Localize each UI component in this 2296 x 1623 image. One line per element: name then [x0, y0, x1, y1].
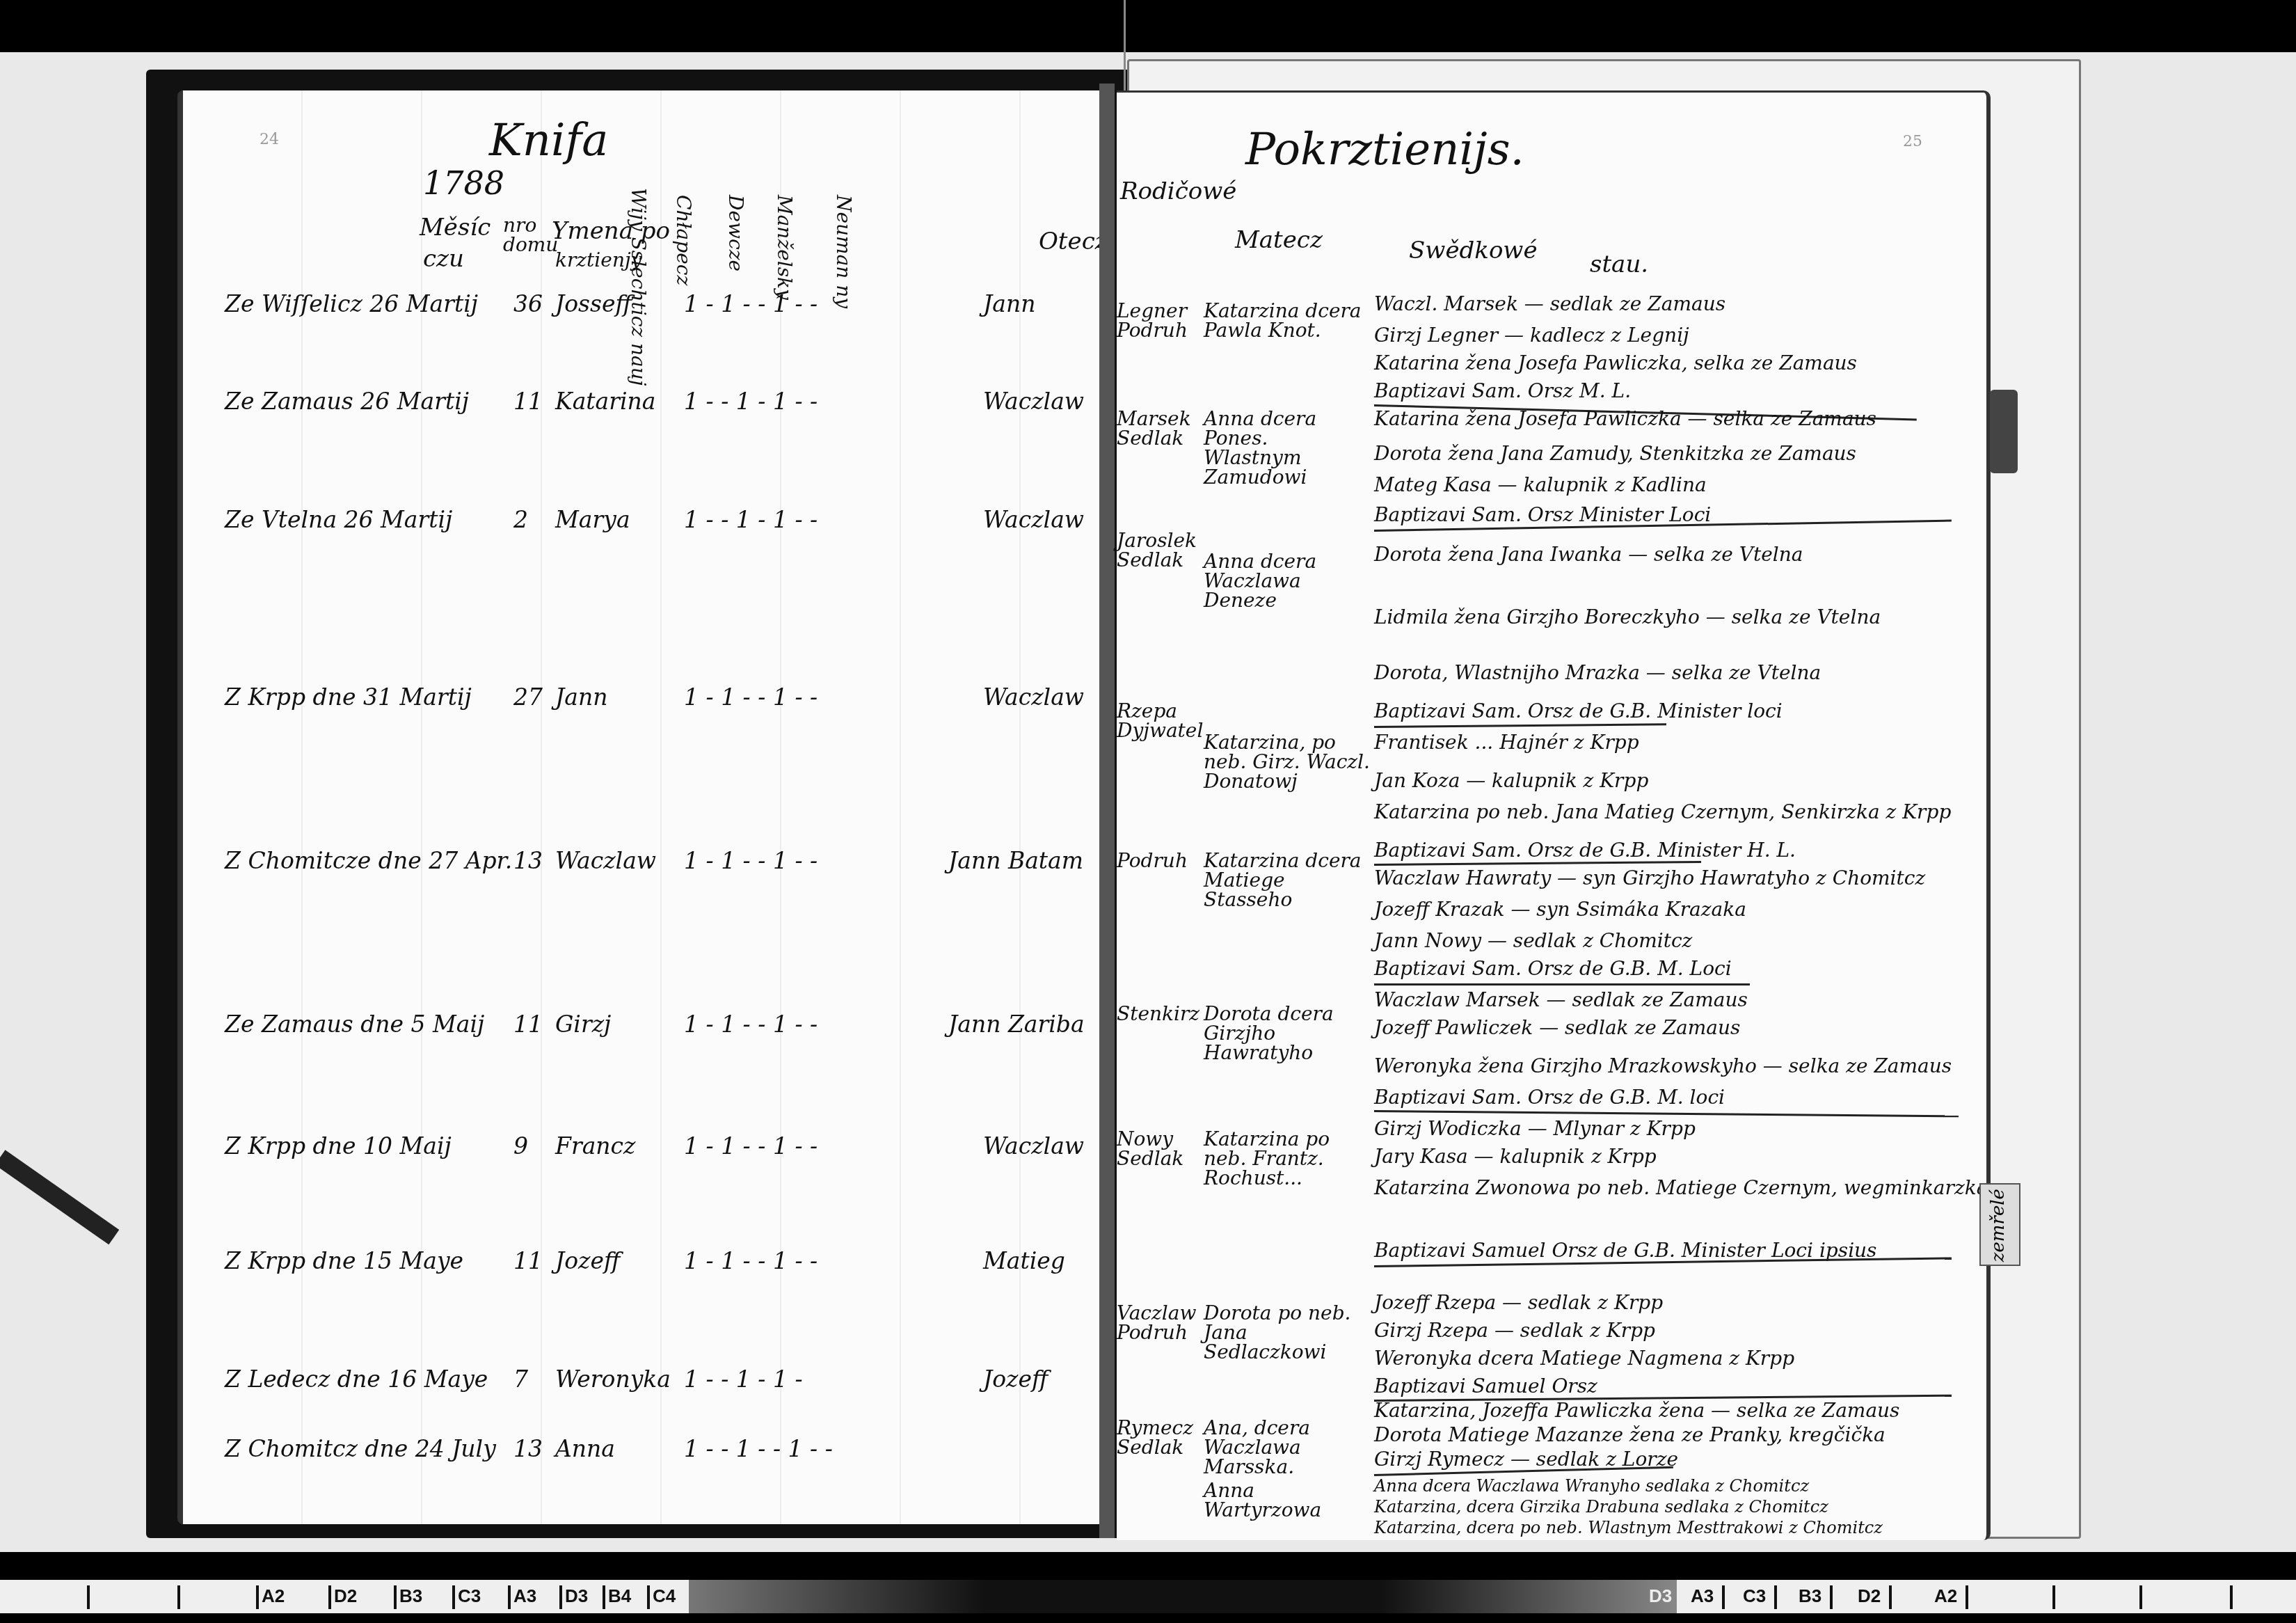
ruler-tick: [1774, 1585, 1777, 1609]
father-info: Jaroslek Sedlak: [1117, 531, 1200, 570]
entry-name: Waczlaw: [555, 849, 656, 872]
father-info: Podruh: [1117, 851, 1200, 871]
header-month-2: czu: [423, 247, 464, 271]
page-number: 25: [1903, 134, 1922, 150]
witness: Frantisek ... Hajnér z Krpp: [1374, 733, 1639, 752]
witness: Katarzina, dcera po neb. Wlastnym Mesttr…: [1374, 1519, 1883, 1536]
ruler-label: D2: [334, 1585, 357, 1607]
header-illegit: Neuman ny: [834, 195, 853, 308]
entry-marks: 1 - 1 - - 1 - -: [684, 292, 818, 315]
entry-name: Katarina: [555, 390, 656, 413]
baptized-by: Baptizavi Samuel Orsz de G.B. Minister L…: [1374, 1241, 1877, 1260]
header-girls: Dewcze: [726, 195, 745, 271]
witness: Weronyka dcera Matiege Nagmena z Krpp: [1374, 1349, 1794, 1368]
entry-name: Jann: [555, 686, 607, 708]
right-page: 25 Pokrztienijs. Rodičowé Matecz Swědkow…: [1117, 90, 1991, 1540]
header-boys: Chłapecz: [673, 195, 693, 285]
ruler-tick: [177, 1585, 180, 1609]
entry-marks: 1 - 1 - - 1 - -: [684, 1249, 818, 1272]
baptized-by: Baptizavi Samuel Orsz: [1374, 1377, 1597, 1396]
entry-place-date: Z Krpp dne 31 Martij: [225, 686, 472, 708]
ruler-tick: [2052, 1585, 2055, 1609]
witness: Katarzina Zwonowa po neb. Matiege Czerny…: [1374, 1178, 1988, 1198]
entry-house: 11: [513, 1013, 543, 1036]
ruler-tick: [1889, 1585, 1892, 1609]
entry-father: Waczlaw: [983, 686, 1084, 708]
witness: Waczl. Marsek — sedlak ze Zamaus: [1374, 294, 1725, 314]
header-parents: Rodičowé: [1120, 180, 1236, 203]
father-info: Vaczlaw Podruh: [1117, 1304, 1200, 1343]
ruler-tick: [1722, 1585, 1725, 1609]
ruler-tick: [87, 1585, 90, 1609]
witness: Katarina žena Josefa Pawliczka, selka ze…: [1374, 354, 1857, 373]
witness: Waczlaw Marsek — sedlak ze Zamaus: [1374, 990, 1748, 1010]
baptized-by: Baptizavi Sam. Orsz de G.B. Minister H. …: [1374, 841, 1796, 860]
header-marital: Manželsky: [774, 195, 794, 300]
entry-father: Matieg: [983, 1249, 1065, 1272]
scanned-image: 24 Knifa 1788 Měsíc czu nro domu Ymena p…: [0, 0, 2296, 1623]
ruler-label: B3: [1799, 1585, 1821, 1607]
entry-father: Jann Zariba: [948, 1013, 1085, 1036]
witness: Girzj Legner — kadlecz z Legnij: [1374, 326, 1689, 345]
mother: Ana, dcera Waczlawa Marsska.: [1204, 1418, 1371, 1477]
page-title: Pokrztienijs.: [1245, 127, 1524, 172]
entry-place-date: Z Krpp dne 15 Maye: [225, 1249, 463, 1272]
mother: Anna dcera Waczlawa Deneze: [1204, 552, 1371, 610]
year: 1788: [423, 167, 504, 199]
mother: Katarzina dcera Pawla Knot.: [1204, 301, 1371, 340]
entry-marks: 1 - 1 - - 1 - -: [684, 686, 818, 708]
ruler-tick: [2139, 1585, 2142, 1609]
entry-place-date: Z Chomitcze dne 27 Apr.: [225, 849, 512, 872]
witness: Katarzina, dcera Girzika Drabuna sedlaka…: [1374, 1498, 1828, 1515]
entry-father: Jann: [983, 292, 1035, 315]
father-info: Stenkirz: [1117, 1004, 1200, 1024]
entry-house: 11: [513, 390, 543, 413]
entry-father: Waczlaw: [983, 390, 1084, 413]
witness: Dorota, Wlastnijho Mrazka — selka ze Vte…: [1374, 663, 1821, 683]
entry-house: 9: [513, 1134, 528, 1157]
entry-place-date: Ze Wiſſelicz 26 Martij: [225, 292, 478, 315]
entry-house: 11: [513, 1249, 543, 1272]
entry-place-date: Ze Zamaus dne 5 Maij: [225, 1013, 484, 1036]
ruler-tick: [328, 1585, 331, 1609]
witness: Weronyka žena Girzjho Mrazkowskyho — sel…: [1374, 1056, 1952, 1076]
header-mother: Matecz: [1235, 228, 1323, 252]
witness: Jan Koza — kalupnik z Krpp: [1374, 771, 1648, 791]
entry-marks: 1 - - 1 - 1 -: [684, 1368, 803, 1391]
header-godparents: Swědkowé: [1409, 239, 1538, 262]
entry-place-date: Z Chomitcz dne 24 July: [225, 1437, 496, 1460]
witness: Jozeff Rzepa — sedlak z Krpp: [1374, 1293, 1663, 1313]
mother: Katarzina dcera Matiege Stasseho: [1204, 851, 1371, 910]
ruler-tick: [256, 1585, 259, 1609]
header-legit: Wijy Sslechticz nauj: [628, 188, 648, 386]
entry-marks: 1 - 1 - - 1 - -: [684, 849, 818, 872]
entry-name: Jozeff: [555, 1249, 620, 1272]
ruler-label: D3: [565, 1585, 588, 1607]
ruler-tick: [452, 1585, 455, 1609]
witness: Katarzina po neb. Jana Matieg Czernym, S…: [1374, 802, 1951, 822]
ruler-tick: [559, 1585, 562, 1609]
ruler-label: D2: [1858, 1585, 1881, 1607]
father-info: Nowy Sedlak: [1117, 1130, 1200, 1169]
entry-father: Waczlaw: [983, 508, 1084, 531]
entry-place-date: Ze Vtelna 26 Martij: [225, 508, 452, 531]
witness: Dorota žena Jana Iwanka — selka ze Vteln…: [1374, 545, 1803, 564]
ruler-tick: [647, 1585, 650, 1609]
entry-divider: [1374, 1110, 1959, 1117]
entry-place-date: Ze Zamaus 26 Martij: [225, 390, 469, 413]
witness: Girzj Rzepa — sedlak z Krpp: [1374, 1321, 1655, 1340]
ruler-label: C4: [653, 1585, 676, 1607]
mother: Dorota po neb. Jana Sedlaczkowi: [1204, 1304, 1371, 1362]
ruler-label: B4: [608, 1585, 631, 1607]
witness: Katarzina, Jozeffa Pawliczka žena — selk…: [1374, 1401, 1899, 1420]
entry-divider: [1374, 983, 1750, 985]
entry-place-date: Z Ledecz dne 16 Maye: [225, 1368, 488, 1391]
left-page: 24 Knifa 1788 Měsíc czu nro domu Ymena p…: [177, 90, 1108, 1524]
ruler-tick: [603, 1585, 605, 1609]
witness: Girzj Rymecz — sedlak z Lorze: [1374, 1450, 1678, 1469]
baptized-by: Baptizavi Sam. Orsz Minister Loci: [1374, 505, 1711, 525]
father-info: Legner Podruh: [1117, 301, 1200, 340]
witness: Girzj Wodiczka — Mlynar z Krpp: [1374, 1119, 1696, 1139]
baptized-by: Baptizavi Sam. Orsz M. L.: [1374, 381, 1631, 401]
entry-name: Girzj: [555, 1013, 611, 1036]
ruler-label: A2: [1934, 1585, 1957, 1607]
ruler-tick: [2230, 1585, 2233, 1609]
mother: Anna dcera Pones. Wlastnym Zamudowi: [1204, 409, 1371, 487]
entry-father: Waczlaw: [983, 1134, 1084, 1157]
ruler-tick: [394, 1585, 397, 1609]
baptized-by: Baptizavi Sam. Orsz de G.B. Minister loc…: [1374, 702, 1783, 721]
witness: Mateg Kasa — kalupnik z Kadlina: [1374, 475, 1707, 495]
witness: Lidmila žena Girzjho Boreczkyho — selka …: [1374, 608, 1881, 627]
entry-marks: 1 - 1 - - 1 - -: [684, 1134, 818, 1157]
ruler-tick: [1966, 1585, 1968, 1609]
ruler-gradient: [689, 1580, 1677, 1613]
baptized-by: Baptizavi Sam. Orsz de G.B. M. loci: [1374, 1088, 1725, 1107]
entry-name: Weronyka: [555, 1368, 671, 1391]
entry-marks: 1 - - 1 - - 1 - -: [684, 1437, 833, 1460]
witness: Jozeff Krazak — syn Ssimáka Krazaka: [1374, 900, 1746, 919]
entry-marks: 1 - - 1 - 1 - -: [684, 508, 818, 531]
entry-divider: [1374, 723, 1666, 728]
witness: Dorota žena Jana Zamudy, Stenkitzka ze Z…: [1374, 444, 1856, 464]
ruler-label: C3: [1743, 1585, 1766, 1607]
header-month: Měsíc: [420, 216, 491, 239]
ruler-label: C3: [458, 1585, 481, 1607]
ruler-label: B3: [399, 1585, 422, 1607]
baptized-by: Baptizavi Sam. Orsz de G.B. M. Loci: [1374, 959, 1732, 979]
binding-clip: [1990, 390, 2018, 473]
ruler-label: A3: [513, 1585, 536, 1607]
ruler-label: A3: [1691, 1585, 1714, 1607]
entry-name: Anna: [555, 1437, 615, 1460]
ruler-tick: [1830, 1585, 1833, 1609]
entry-house: 13: [513, 849, 543, 872]
entry-house: 36: [513, 292, 543, 315]
witness: Anna dcera Waczlawa Wranyho sedlaka z Ch…: [1374, 1478, 1809, 1494]
father-info: Rymecz Sedlak: [1117, 1418, 1200, 1457]
entry-marks: 1 - 1 - - 1 - -: [684, 1013, 818, 1036]
witness: Dorota Matiege Mazanze žena ze Pranky, k…: [1374, 1425, 1886, 1445]
ruler-tick: [508, 1585, 511, 1609]
entry-house: 7: [513, 1368, 528, 1391]
edge-index-tab: zemřelé: [1979, 1183, 2020, 1266]
mother: Dorota dcera Girzjho Hawratyho: [1204, 1004, 1371, 1063]
ruler-label: D3: [1649, 1585, 1672, 1607]
entry-marks: 1 - - 1 - 1 - -: [684, 390, 818, 413]
mother: Anna Wartyrzowa: [1204, 1481, 1371, 1520]
entry-name: Francz: [555, 1134, 635, 1157]
witness: Jozeff Pawliczek — sedlak ze Zamaus: [1374, 1018, 1740, 1038]
entry-house: 13: [513, 1437, 543, 1460]
header-name: Ymena po: [552, 219, 670, 243]
entry-place-date: Z Krpp dne 10 Maij: [225, 1134, 452, 1157]
mother: Katarzina po neb. Frantz. Rochust...: [1204, 1130, 1371, 1188]
witness: Katarina žena Josefa Pawliczka — selka z…: [1374, 409, 1876, 429]
entry-house: 2: [513, 508, 528, 531]
witness: Jary Kasa — kalupnik z Krpp: [1374, 1147, 1657, 1166]
entry-name: Marya: [555, 508, 630, 531]
mother: Katarzina, po neb. Girz. Waczl. Donatowj: [1204, 733, 1371, 791]
edge-tab-label: zemřelé: [1981, 1185, 2016, 1266]
witness: Waczlaw Hawraty — syn Girzjho Hawratyho …: [1374, 869, 1925, 888]
book-spine: [1099, 84, 1115, 1538]
witness: Jann Nowy — sedlak z Chomitcz: [1374, 931, 1692, 951]
header-house-no: nro domu: [503, 216, 545, 255]
father-info: Marsek Sedlak: [1117, 409, 1200, 448]
entry-house: 27: [513, 686, 543, 708]
page-number: 24: [260, 132, 279, 148]
header-father: Otecz: [1039, 230, 1108, 253]
spine-crease: [1124, 0, 1126, 97]
entry-father: Jozeff: [983, 1368, 1048, 1391]
entry-father: Jann Batam: [948, 849, 1083, 872]
header-status: stau.: [1590, 253, 1648, 276]
page-title: Knifa: [489, 118, 608, 163]
father-info: Rzepa Dyjwatel: [1117, 702, 1200, 741]
entry-name: Josseff: [555, 292, 632, 315]
ruler-label: A2: [262, 1585, 285, 1607]
